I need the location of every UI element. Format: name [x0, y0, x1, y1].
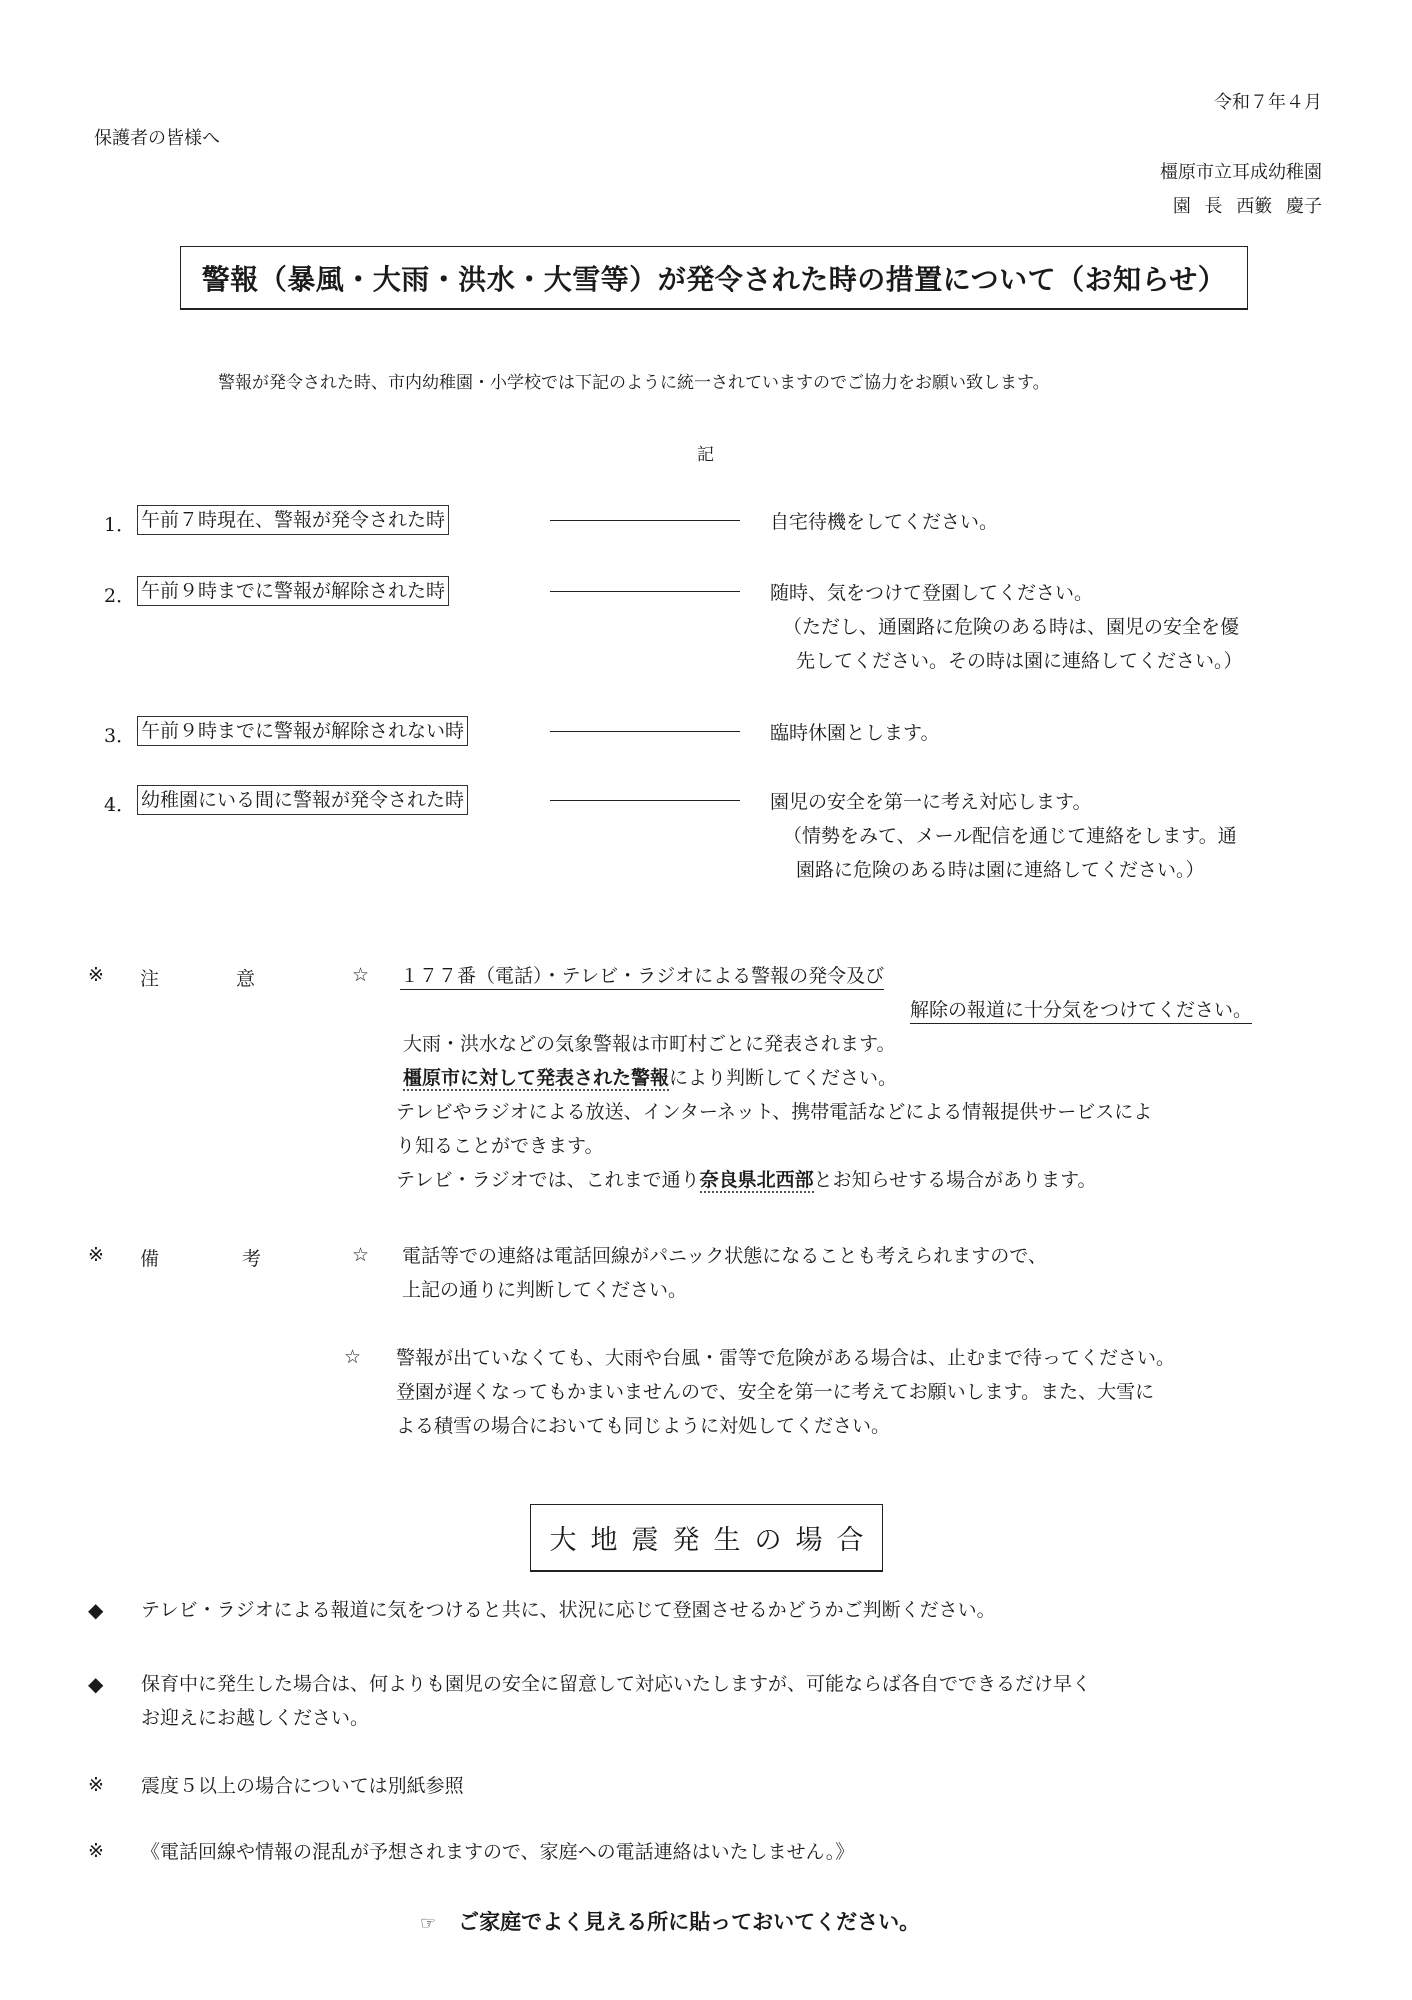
diamond-bullet-icon: ◆: [88, 1598, 103, 1622]
caution-underlined-text: 解除の報道に十分気をつけてください。: [910, 998, 1252, 1024]
item-number: 1．: [104, 510, 135, 537]
principal-name: 園 長 西籔 慶子: [1173, 192, 1322, 218]
earthquake-bullet-text: お迎えにお越しください。: [141, 1706, 369, 1730]
remarks-text: 上記の通りに判断してください。: [402, 1278, 687, 1302]
connector-line: [550, 591, 740, 592]
remarks-label: 備: [140, 1244, 159, 1271]
addressee: 保護者の皆様へ: [94, 124, 220, 150]
caution-underlined-text: １７７番（電話）・テレビ・ラジオによる警報の発令及び: [400, 964, 884, 990]
remarks-text: 電話等での連絡は電話回線がパニック状態になることも考えられますので、: [402, 1244, 1047, 1268]
remarks-label: 考: [242, 1244, 261, 1271]
star-icon: ☆: [352, 1244, 369, 1266]
item-condition: 幼稚園にいる間に警報が発令された時: [137, 785, 468, 815]
item-note: 先してください。その時は園に連絡してください。）: [796, 649, 1243, 673]
earthquake-note: 《電話回線や情報の混乱が予想されますので、家庭への電話連絡はいたしません。》: [141, 1840, 854, 1864]
item-note: 園路に危険のある時は園に連絡してください。）: [796, 858, 1205, 882]
earthquake-bullet-text: 保育中に発生した場合は、何よりも園児の安全に留意して対応いたしますが、可能ならば…: [141, 1672, 1091, 1696]
caution-text: テレビやラジオによる放送、インターネット、携帯電話などによる情報提供サービスによ: [396, 1100, 1152, 1124]
caution-text: 橿原市に対して発表された警報により判断してください。: [403, 1066, 897, 1090]
document-date: 令和７年４月: [1214, 88, 1322, 114]
caution-text: 大雨・洪水などの気象警報は市町村ごとに発表されます。: [403, 1032, 895, 1056]
item-condition: 午前９時までに警報が解除されない時: [137, 716, 468, 746]
reference-mark: ※: [88, 1840, 104, 1862]
connector-line: [550, 520, 740, 521]
remarks-text: よる積雪の場合においても同じように対処してください。: [396, 1414, 890, 1438]
earthquake-title: 大地震発生の場合: [536, 1518, 878, 1557]
item-note: （ただし、通園路に危険のある時は、園児の安全を優: [783, 615, 1239, 639]
ki-marker: 記: [697, 440, 714, 465]
reference-mark: ※: [88, 964, 104, 986]
caution-text: テレビ・ラジオでは、これまで通り奈良県北西部とお知らせする場合があります。: [396, 1168, 1097, 1192]
footer-text: ご家庭でよく見える所に貼っておいてください。: [458, 1910, 920, 1934]
item-condition: 午前７時現在、警報が発令された時: [137, 505, 449, 535]
reference-mark: ※: [88, 1244, 104, 1266]
star-icon: ☆: [352, 964, 369, 986]
caution-text-rest: により判断してください。: [669, 1067, 897, 1089]
footer-notice: ☞ご家庭でよく見える所に貼っておいてください。: [420, 1906, 920, 1936]
document-title: 警報（暴風・大雨・洪水・大雪等）が発令された時の措置について（お知らせ）: [202, 258, 1227, 298]
intro-text: 警報が発令された時、市内幼稚園・小学校では下記のように統一されていますのでご協力…: [218, 368, 1050, 393]
earthquake-title-box: 大地震発生の場合: [530, 1504, 883, 1572]
earthquake-note: 震度５以上の場合については別紙参照: [141, 1774, 464, 1798]
item-number: 2．: [104, 581, 135, 608]
emphasis-text: 橿原市に対して発表された警報: [403, 1067, 669, 1091]
caution-text-post: とお知らせする場合があります。: [814, 1169, 1097, 1191]
item-condition: 午前９時までに警報が解除された時: [137, 576, 449, 606]
pointing-hand-icon: ☞: [420, 1913, 436, 1934]
item-result: 随時、気をつけて登園してください。: [770, 581, 1093, 605]
remarks-text: 警報が出ていなくても、大雨や台風・雷等で危険がある場合は、止むまで待ってください…: [396, 1346, 1175, 1370]
caution-text: り知ることができます。: [396, 1134, 603, 1158]
item-result: 園児の安全を第一に考え対応します。: [770, 790, 1091, 814]
item-number: 4．: [104, 790, 135, 817]
connector-line: [550, 800, 740, 801]
caution-label: 意: [236, 964, 255, 991]
caution-label: 注: [140, 964, 159, 991]
reference-mark: ※: [88, 1774, 104, 1796]
item-result: 臨時休園とします。: [770, 721, 939, 745]
connector-line: [550, 731, 740, 732]
emphasis-text: 奈良県北西部: [700, 1169, 814, 1193]
earthquake-bullet-text: テレビ・ラジオによる報道に気をつけると共に、状況に応じて登園させるかどうかご判断…: [141, 1598, 996, 1622]
title-box: 警報（暴風・大雨・洪水・大雪等）が発令された時の措置について（お知らせ）: [180, 246, 1248, 310]
star-icon: ☆: [344, 1346, 361, 1368]
item-note: （情勢をみて、メール配信を通じて連絡をします。通: [783, 824, 1237, 848]
diamond-bullet-icon: ◆: [88, 1672, 103, 1696]
caution-text-pre: テレビ・ラジオでは、これまで通り: [396, 1169, 700, 1191]
remarks-text: 登園が遅くなってもかまいませんので、安全を第一に考えてお願いします。また、大雪に: [396, 1380, 1154, 1404]
item-result: 自宅待機をしてください。: [770, 510, 998, 534]
school-name: 橿原市立耳成幼稚園: [1160, 158, 1322, 184]
item-number: 3．: [104, 721, 135, 748]
